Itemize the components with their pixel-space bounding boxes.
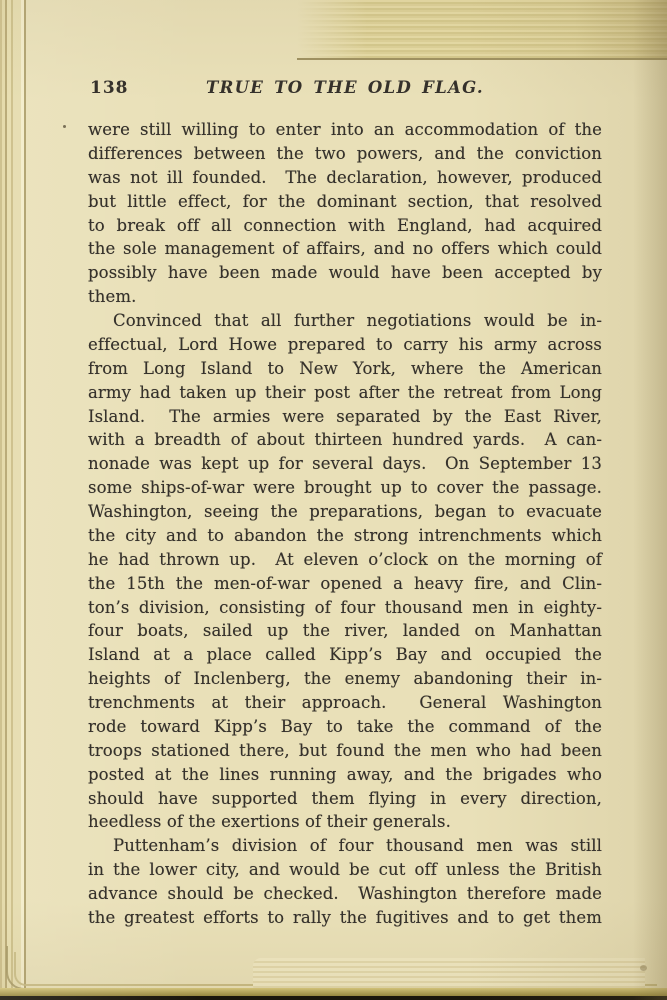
text-line: was not ill founded. The declaration, ho… — [88, 166, 602, 190]
paper-speck — [63, 125, 66, 128]
text-line: were still willing to enter into an acco… — [88, 118, 602, 142]
page-edges-bottom-band — [253, 958, 645, 990]
book-page-photo: 138 TRUE TO THE OLD FLAG. were still wil… — [0, 0, 667, 1000]
text-line: should have supported them flying in eve… — [88, 787, 602, 811]
text-line: Washington, seeing the preparations, beg… — [88, 500, 602, 524]
text-line: nonade was kept up for several days. On … — [88, 452, 602, 476]
text-line: advance should be checked. Washington th… — [88, 882, 602, 906]
text-line: with a breadth of about thirteen hundred… — [88, 428, 602, 452]
text-line: Convinced that all further negotiations … — [88, 309, 602, 333]
backdrop-bottom-strip — [0, 996, 667, 1000]
printed-page-content: 138 TRUE TO THE OLD FLAG. were still wil… — [88, 78, 602, 930]
text-line: from Long Island to New York, where the … — [88, 357, 602, 381]
text-line: posted at the lines running away, and th… — [88, 763, 602, 787]
text-line: he had thrown up. At eleven o’clock on t… — [88, 548, 602, 572]
text-line: Puttenham’s division of four thousand me… — [88, 834, 602, 858]
page-edges-left-band — [0, 0, 28, 988]
text-line: Island at a place called Kipp’s Bay and … — [88, 643, 602, 667]
text-line: to break off all connection with England… — [88, 214, 602, 238]
paper-smudge — [640, 965, 647, 971]
text-line: ton’s division, consisting of four thous… — [88, 596, 602, 620]
text-line: in the lower city, and would be cut off … — [88, 858, 602, 882]
right-edge-shadow — [633, 0, 667, 1000]
text-line: the greatest efforts to rally the fugiti… — [88, 906, 602, 930]
text-line: effectual, Lord Howe prepared to carry h… — [88, 333, 602, 357]
text-line: troops stationed there, but found the me… — [88, 739, 602, 763]
page-number: 138 — [90, 78, 129, 98]
text-line: the sole management of affairs, and no o… — [88, 237, 602, 261]
text-line: heights of Inclenberg, the enemy abandon… — [88, 667, 602, 691]
running-header-title: TRUE TO THE OLD FLAG. — [88, 78, 602, 97]
text-line: army had taken up their post after the r… — [88, 381, 602, 405]
text-line: them. — [88, 285, 602, 309]
text-line: Island. The armies were separated by the… — [88, 405, 602, 429]
text-line: possibly have been made would have been … — [88, 261, 602, 285]
text-line: differences between the two powers, and … — [88, 142, 602, 166]
text-line: four boats, sailed up the river, landed … — [88, 619, 602, 643]
text-line: heedless of the exertions of their gener… — [88, 810, 602, 834]
page-body: were still willing to enter into an acco… — [88, 118, 602, 930]
text-line: some ships-of-war were brought up to cov… — [88, 476, 602, 500]
text-line: rode toward Kipp’s Bay to take the comma… — [88, 715, 602, 739]
text-line: the 15th the men-of-war opened a heavy f… — [88, 572, 602, 596]
page-edges-top-band — [297, 0, 667, 60]
book-bottom-edge — [0, 988, 667, 996]
text-line: the city and to abandon the strong intre… — [88, 524, 602, 548]
running-header-row: 138 TRUE TO THE OLD FLAG. — [88, 78, 602, 102]
text-line: trenchments at their approach. General W… — [88, 691, 602, 715]
text-line: but little effect, for the dominant sect… — [88, 190, 602, 214]
